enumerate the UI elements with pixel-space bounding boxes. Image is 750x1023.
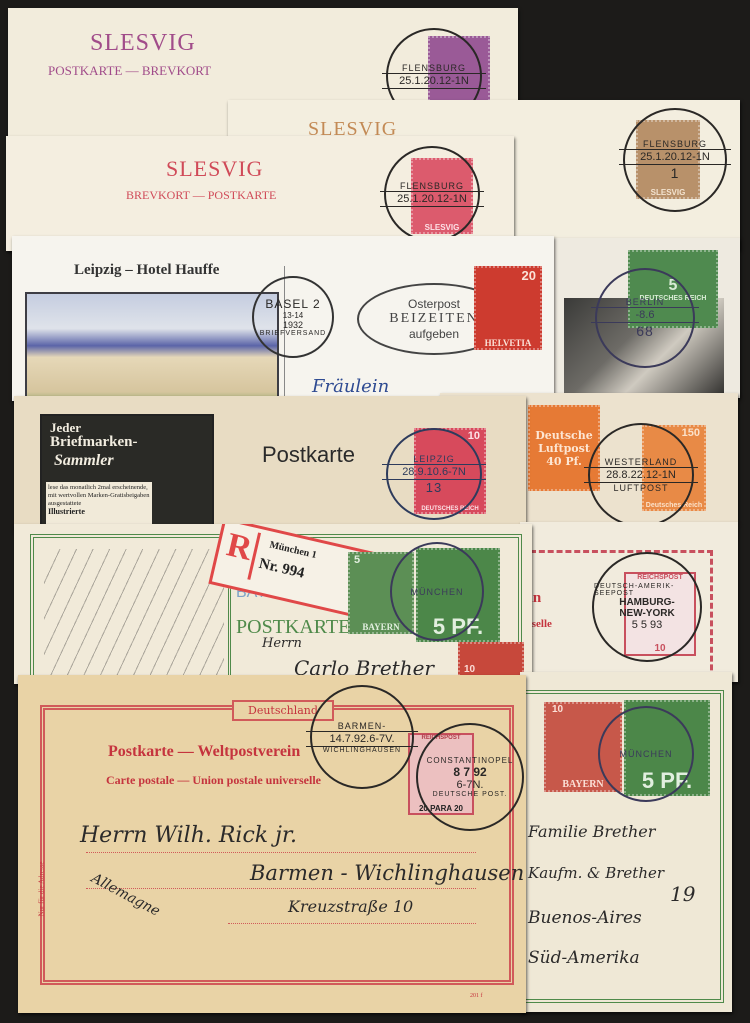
card-subtitle: BREVKORT — POSTKARTE (126, 188, 276, 203)
postcard-seepost: ein erselle REICHSPOST 10 DEUTSCH-AMERIK… (520, 522, 738, 682)
postmark-westerland: WESTERLAND 28.8.22.12-1N LUFTPOST (588, 423, 694, 523)
card-title: Postkarte (262, 442, 355, 468)
card-title: Leipzig – Hotel Hauffe (74, 262, 219, 279)
postcard-briefmarken-sammler: Jeder Briefmarken- Sammler lese das mona… (14, 396, 526, 531)
card-title: Postkarte — Weltpostverein (108, 743, 300, 761)
handwriting-street: Kreuzstraße 10 (288, 897, 413, 916)
dotted-line-2 (86, 888, 476, 889)
dotted-line-1 (86, 852, 476, 853)
card-subtitle: POSTKARTE — BREVKORT (48, 63, 211, 79)
postmark-constantinopel: CONSTANTINOPEL 8 7 92 6-7N. DEUTSCHE POS… (416, 723, 524, 831)
handwriting-line-5: Süd-Amerika (528, 948, 640, 968)
postcard-leipzig-hotel: Leipzig – Hotel Hauffe BASEL 2 13-14 193… (12, 236, 554, 401)
handwriting-line-1: Familie Brether (528, 822, 655, 841)
stamp-helvetia-tell: 20 HELVETIA (474, 266, 542, 350)
card-title: SLESVIG (166, 156, 263, 182)
postmark-barmen: BARMEN- 14.7.92.6-7V. WICHLINGHAUSEN (310, 685, 414, 789)
postmark-leipzig: LEIPZIG 28.9.10.6-7N 13 (386, 428, 482, 520)
ad-panel: Jeder Briefmarken- Sammler lese das mona… (40, 414, 214, 531)
postmark-flensburg: FLENSBURG 25.1.20.12-1N 1 (623, 108, 727, 212)
handwriting-line-4: Buenos-Aires (528, 908, 642, 928)
postmark-berlin: BERLIN -8.6 68 (595, 268, 695, 368)
registration-letter: R (218, 526, 261, 580)
handwriting-line-3: 19 (670, 882, 695, 906)
handwriting-city: Barmen - Wichlinghausen (250, 861, 524, 885)
postmark-basel: BASEL 2 13-14 1932 BRIEFVERSAND (252, 276, 334, 358)
handwriting-recipient-title: Herrn (262, 636, 302, 651)
handwriting-message (44, 549, 224, 679)
postmark-seepost: DEUTSCH-AMERIK-SEEPOST HAMBURG- NEW-YORK… (592, 552, 702, 662)
card-title: SLESVIG (90, 30, 196, 57)
postmark-flensburg: FLENSBURG 25.1.20.12-1N (384, 146, 480, 242)
handwriting-address: Fräulein (312, 376, 389, 397)
handwriting-recipient: Herrn Wilh. Rick jr. (80, 823, 297, 848)
hotel-illustration (25, 292, 279, 401)
dotted-line-3 (228, 923, 476, 924)
postcard-bayern-registered: KÖNIGREICH BAYERN POSTKARTE R München 1 … (14, 524, 532, 684)
postmark-muenchen: MÜNCHEN (390, 542, 484, 641)
side-note: Nur für die Adresse (38, 861, 46, 916)
card-subtitle: Carte postale — Union postale universell… (106, 773, 321, 788)
print-code: 201 f (470, 993, 483, 999)
handwriting-line-2: Kaufm. & Brether (528, 864, 664, 882)
postcard-bayern-address: 10 BAYERN 5 PF. MÜNCHEN Familie Brether … (520, 672, 732, 1012)
postcard-weltpostverein: Deutschland Postkarte — Weltpostverein C… (18, 675, 526, 1013)
postmark-muenchen: MÜNCHEN (598, 706, 694, 802)
postcard-slesvig-3: SLESVIG BREVKORT — POSTKARTE SLESVIG FLE… (6, 136, 514, 251)
postcard-photo: 5 DEUTSCHES REICH BERLIN -8.6 68 (540, 238, 740, 398)
